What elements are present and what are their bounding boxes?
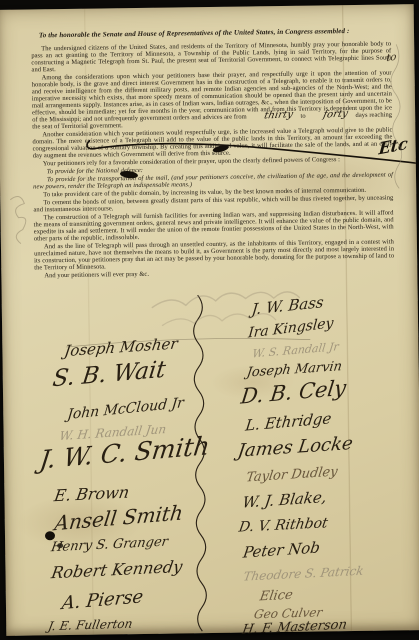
petition-paper: To the honorable the Senate and House of… xyxy=(0,4,419,636)
paragraph-telegraph-benefits: The construction of a Telegraph will fur… xyxy=(34,209,394,242)
paragraph-public-domain: Another consideration which your petitio… xyxy=(32,126,392,159)
signature: J. E. Fullerton xyxy=(47,617,134,634)
signature: Peter Nob xyxy=(242,538,321,561)
salutation: To the honorable the Senate and House of… xyxy=(39,27,391,39)
margin-pencil-scribble xyxy=(10,196,26,243)
handwritten-forty: forty xyxy=(307,111,355,119)
printed-text-block: To the honorable the Senate and House of… xyxy=(31,27,394,280)
paragraph-final-prayer: And as the line of Telegraph will pass t… xyxy=(34,238,394,271)
signature: Taylor Dudley xyxy=(245,464,338,485)
signature: Theodore S. Patrick xyxy=(242,564,364,584)
signature: Robert Kennedy xyxy=(50,557,184,583)
signature: Ansell Smith xyxy=(53,500,184,535)
paragraph-prayer: The undersigned citizens of the United S… xyxy=(31,40,391,73)
signature: L. Ethridge xyxy=(244,409,332,434)
signature: D. V. Rithbot xyxy=(238,515,329,535)
photo-of-petition: { "petition": { "salutation": "To the ho… xyxy=(0,0,419,640)
paragraph-considerations: Among the considerations upon which your… xyxy=(32,69,393,130)
handwritten-thirty: thirty xyxy=(248,112,300,120)
signature-column-divider xyxy=(193,295,207,631)
signature: J. W. Bass xyxy=(251,293,325,319)
signature: W. S. Randall Jr xyxy=(252,340,340,360)
signature: S. B. Wait xyxy=(51,357,167,393)
signature: E. Brown xyxy=(53,482,131,505)
signature: W. J. Blake, xyxy=(241,488,328,512)
signature: Ira Kingsley xyxy=(247,315,334,341)
signature: John McCloud Jr xyxy=(66,395,184,423)
signature: James Locke xyxy=(236,433,354,462)
signature: D. B. Cely xyxy=(240,376,348,409)
signature: A. Pierse xyxy=(61,586,145,614)
signature: Elice xyxy=(259,588,294,605)
margin-note-to: to xyxy=(386,52,397,65)
to-word: to xyxy=(300,113,305,120)
signature: Henry S. Granger xyxy=(50,534,169,555)
